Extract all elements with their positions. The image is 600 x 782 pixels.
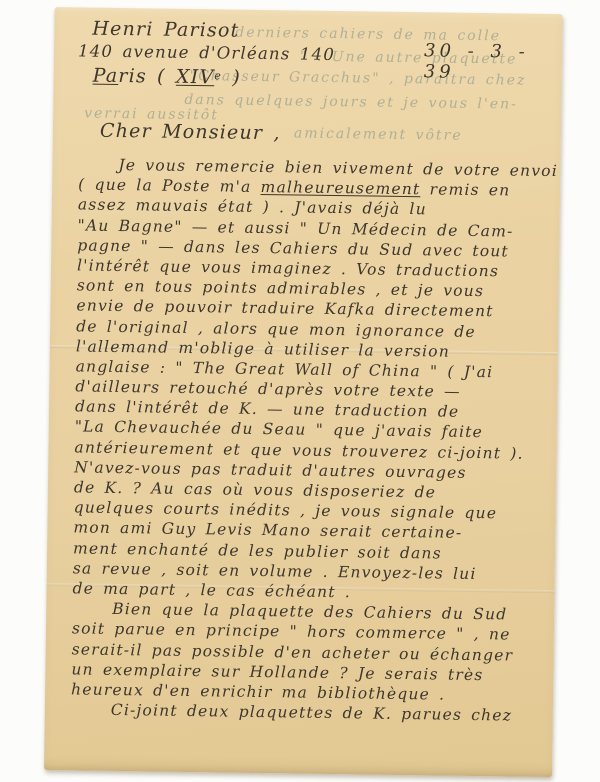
- sender-city: Paris ( XIVe ): [93, 65, 242, 89]
- salutation: Cher Monsieur ,: [100, 120, 281, 145]
- text-segment: ris (: [118, 65, 176, 88]
- letter-date: 30 - 3 - 39: [424, 40, 563, 84]
- bleedthrough-line: amicalement vôtre: [294, 125, 463, 143]
- letter-body: Je vous remercie bien vivement de votre …: [71, 154, 553, 726]
- text-segment: ( que la Poste m'a: [78, 176, 261, 197]
- sender-name: Henri Parisot: [92, 18, 239, 42]
- text-segment: malheureusement: [260, 178, 420, 198]
- text-segment: Pa: [93, 65, 119, 87]
- sender-address: 140 avenue d'Orléans 140: [78, 41, 335, 64]
- text-segment: XIV: [176, 66, 215, 89]
- text-segment: Ci-joint deux plaquettes de K. parues ch…: [111, 701, 512, 725]
- text-segment: remis en: [420, 180, 510, 199]
- letter-paper: derniers cahiers de ma colle" . Une autr…: [44, 7, 563, 777]
- text-segment: ): [222, 66, 241, 88]
- bleedthrough-line: dans quelques jours et je vous l'en-: [184, 92, 518, 113]
- text-segment: de ma part , le cas échéant .: [72, 579, 351, 601]
- letter-scan: derniers cahiers de ma colle" . Une autr…: [0, 0, 600, 782]
